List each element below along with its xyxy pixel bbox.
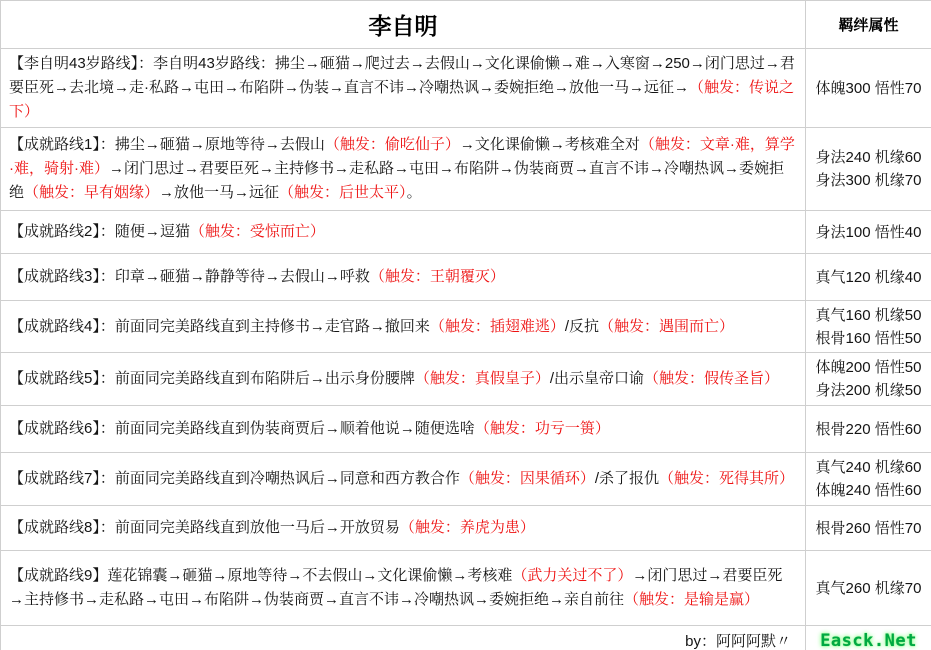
route-text: 【成就路线4】：前面同完美路线直到主持修书→走官路→撤回来 <box>9 318 430 335</box>
bond-attrs-cell: 体魄200 悟性50身法200 机缘50 <box>806 353 931 406</box>
bond-attrs-cell: 体魄300 悟性70 <box>806 49 931 128</box>
bond-attr-line: 根骨260 悟性70 <box>808 517 929 540</box>
trigger-text: （触发：因果循环） <box>460 470 595 487</box>
route-rows-body: 【李自明43岁路线】：李自明43岁路线：拂尘→砸猫→爬过去→去假山→文化课偷懒→… <box>1 49 931 626</box>
route-cell: 【成就路线5】：前面同完美路线直到布陷阱后→出示身份腰牌（触发：真假皇子）/出示… <box>1 353 806 406</box>
route-text: /杀了报仇 <box>595 470 659 487</box>
route-cell: 【成就路线7】：前面同完美路线直到冷嘲热讽后→同意和西方教合作（触发：因果循环）… <box>1 453 806 506</box>
site-watermark-cell: Easck.Net <box>806 626 931 650</box>
bond-attr-line: 真气160 机缘50 <box>808 304 929 327</box>
route-row-8: 【成就路线7】：前面同完美路线直到冷嘲热讽后→同意和西方教合作（触发：因果循环）… <box>1 453 931 506</box>
route-row-2: 【成就路线1】：拂尘→砸猫→原地等待→去假山（触发：偷吃仙子）→文化课偷懒→考核… <box>1 128 931 211</box>
route-cell: 【成就路线9】莲花锦囊→砸猫→原地等待→不去假山→文化课偷懒→考核难（武力关过不… <box>1 551 806 626</box>
route-cell: 【成就路线1】：拂尘→砸猫→原地等待→去假山（触发：偷吃仙子）→文化课偷懒→考核… <box>1 128 806 211</box>
bond-attr-line: 身法240 机缘60 <box>808 146 929 169</box>
route-text: /反抗 <box>565 318 599 335</box>
route-row-5: 【成就路线4】：前面同完美路线直到主持修书→走官路→撤回来（触发：插翅难逃）/反… <box>1 301 931 353</box>
trigger-text: （触发：假传圣旨） <box>644 370 779 387</box>
trigger-text: （触发：是输是赢） <box>624 591 759 608</box>
route-text: /出示皇帝口谕 <box>550 370 644 387</box>
bond-attrs-cell: 真气240 机缘60体魄240 悟性60 <box>806 453 931 506</box>
route-cell: 【成就路线6】：前面同完美路线直到伪装商贾后→顺着他说→随便选啥（触发：功亏一篑… <box>1 406 806 453</box>
bond-attr-line: 真气240 机缘60 <box>808 456 929 479</box>
route-cell: 【成就路线2】：随便→逗猫（触发：受惊而亡） <box>1 211 806 254</box>
route-row-3: 【成就路线2】：随便→逗猫（触发：受惊而亡）身法100 悟性40 <box>1 211 931 254</box>
route-text: 【成就路线7】：前面同完美路线直到冷嘲热讽后→同意和西方教合作 <box>9 470 460 487</box>
trigger-text: （触发：偷吃仙子） <box>325 136 460 153</box>
route-text: 【成就路线3】：印章→砸猫→静静等待→去假山→呼救 <box>9 268 370 285</box>
trigger-text: （触发：真假皇子） <box>415 370 550 387</box>
trigger-text: （触发：受惊而亡） <box>190 223 325 240</box>
bond-attr-line: 身法200 机缘50 <box>808 379 929 402</box>
footer-row: by：阿阿阿默〃 Easck.Net <box>1 626 931 650</box>
bond-attr-header: 羁绊属性 <box>806 1 931 49</box>
route-row-7: 【成就路线6】：前面同完美路线直到伪装商贾后→顺着他说→随便选啥（触发：功亏一篑… <box>1 406 931 453</box>
bond-attr-line: 身法300 机缘70 <box>808 169 929 192</box>
bond-attrs-cell: 身法100 悟性40 <box>806 211 931 254</box>
route-cell: 【成就路线3】：印章→砸猫→静静等待→去假山→呼救（触发：王朝覆灭） <box>1 254 806 301</box>
route-text: 【成就路线8】：前面同完美路线直到放他一马后→开放贸易 <box>9 519 400 536</box>
trigger-text: （触发：早有姻缘） <box>24 184 159 201</box>
bond-attrs-cell: 身法240 机缘60身法300 机缘70 <box>806 128 931 211</box>
bond-attrs-cell: 根骨220 悟性60 <box>806 406 931 453</box>
trigger-text: （触发：后世太平） <box>279 184 407 201</box>
bond-attr-line: 体魄240 悟性60 <box>808 479 929 502</box>
page-title: 李自明 <box>1 1 806 49</box>
route-cell: 【成就路线8】：前面同完美路线直到放他一马后→开放贸易（触发：养虎为患） <box>1 506 806 551</box>
bond-attrs-cell: 真气160 机缘50根骨160 悟性50 <box>806 301 931 353</box>
bond-attr-line: 真气260 机缘70 <box>808 577 929 600</box>
bond-attrs-cell: 真气260 机缘70 <box>806 551 931 626</box>
route-text: 【成就路线9】莲花锦囊→砸猫→原地等待→不去假山→文化课偷懒→考核难 <box>9 567 512 584</box>
trigger-text: （触发：遇围而亡） <box>599 318 734 335</box>
route-row-9: 【成就路线8】：前面同完美路线直到放他一马后→开放贸易（触发：养虎为患）根骨26… <box>1 506 931 551</box>
bond-attr-line: 根骨160 悟性50 <box>808 327 929 350</box>
route-text: 【成就路线5】：前面同完美路线直到布陷阱后→出示身份腰牌 <box>9 370 415 387</box>
route-text: 【成就路线2】：随便→逗猫 <box>9 223 190 240</box>
route-text: 【成就路线6】：前面同完美路线直到伪装商贾后→顺着他说→随便选啥 <box>9 420 475 437</box>
bond-attr-line: 根骨220 悟性60 <box>808 418 929 441</box>
trigger-text: （武力关过不了） <box>512 567 632 584</box>
route-row-1: 【李自明43岁路线】：李自明43岁路线：拂尘→砸猫→爬过去→去假山→文化课偷懒→… <box>1 49 931 128</box>
route-text: 【成就路线1】：拂尘→砸猫→原地等待→去假山 <box>9 136 325 153</box>
trigger-text: （触发：插翅难逃） <box>430 318 565 335</box>
route-text: →文化课偷懒→考核难全对 <box>460 136 640 153</box>
route-cell: 【成就路线4】：前面同完美路线直到主持修书→走官路→撤回来（触发：插翅难逃）/反… <box>1 301 806 353</box>
header-row: 李自明 羁绊属性 <box>1 1 931 49</box>
site-watermark: Easck.Net <box>820 631 917 650</box>
route-cell: 【李自明43岁路线】：李自明43岁路线：拂尘→砸猫→爬过去→去假山→文化课偷懒→… <box>1 49 806 128</box>
route-text: →放他一马→远征 <box>159 184 279 201</box>
bond-attrs-cell: 真气120 机缘40 <box>806 254 931 301</box>
table-header: 李自明 羁绊属性 <box>1 1 931 49</box>
route-text: 。 <box>407 184 422 201</box>
route-row-10: 【成就路线9】莲花锦囊→砸猫→原地等待→不去假山→文化课偷懒→考核难（武力关过不… <box>1 551 931 626</box>
bond-attr-line: 体魄200 悟性50 <box>808 356 929 379</box>
bond-attrs-cell: 根骨260 悟性70 <box>806 506 931 551</box>
bond-attr-line: 真气120 机缘40 <box>808 266 929 289</box>
guide-table: 李自明 羁绊属性 【李自明43岁路线】：李自明43岁路线：拂尘→砸猫→爬过去→去… <box>0 0 931 650</box>
trigger-text: （触发：死得其所） <box>659 470 794 487</box>
trigger-text: （触发：功亏一篑） <box>475 420 610 437</box>
route-text: 【李自明43岁路线】：李自明43岁路线：拂尘→砸猫→爬过去→去假山→文化课偷懒→… <box>9 55 795 96</box>
table-footer: by：阿阿阿默〃 Easck.Net <box>1 626 931 650</box>
trigger-text: （触发：王朝覆灭） <box>370 268 505 285</box>
route-row-4: 【成就路线3】：印章→砸猫→静静等待→去假山→呼救（触发：王朝覆灭）真气120 … <box>1 254 931 301</box>
author-credit: by：阿阿阿默〃 <box>1 626 806 650</box>
bond-attr-line: 体魄300 悟性70 <box>808 77 929 100</box>
trigger-text: （触发：养虎为患） <box>400 519 535 536</box>
route-row-6: 【成就路线5】：前面同完美路线直到布陷阱后→出示身份腰牌（触发：真假皇子）/出示… <box>1 353 931 406</box>
bond-attr-line: 身法100 悟性40 <box>808 221 929 244</box>
